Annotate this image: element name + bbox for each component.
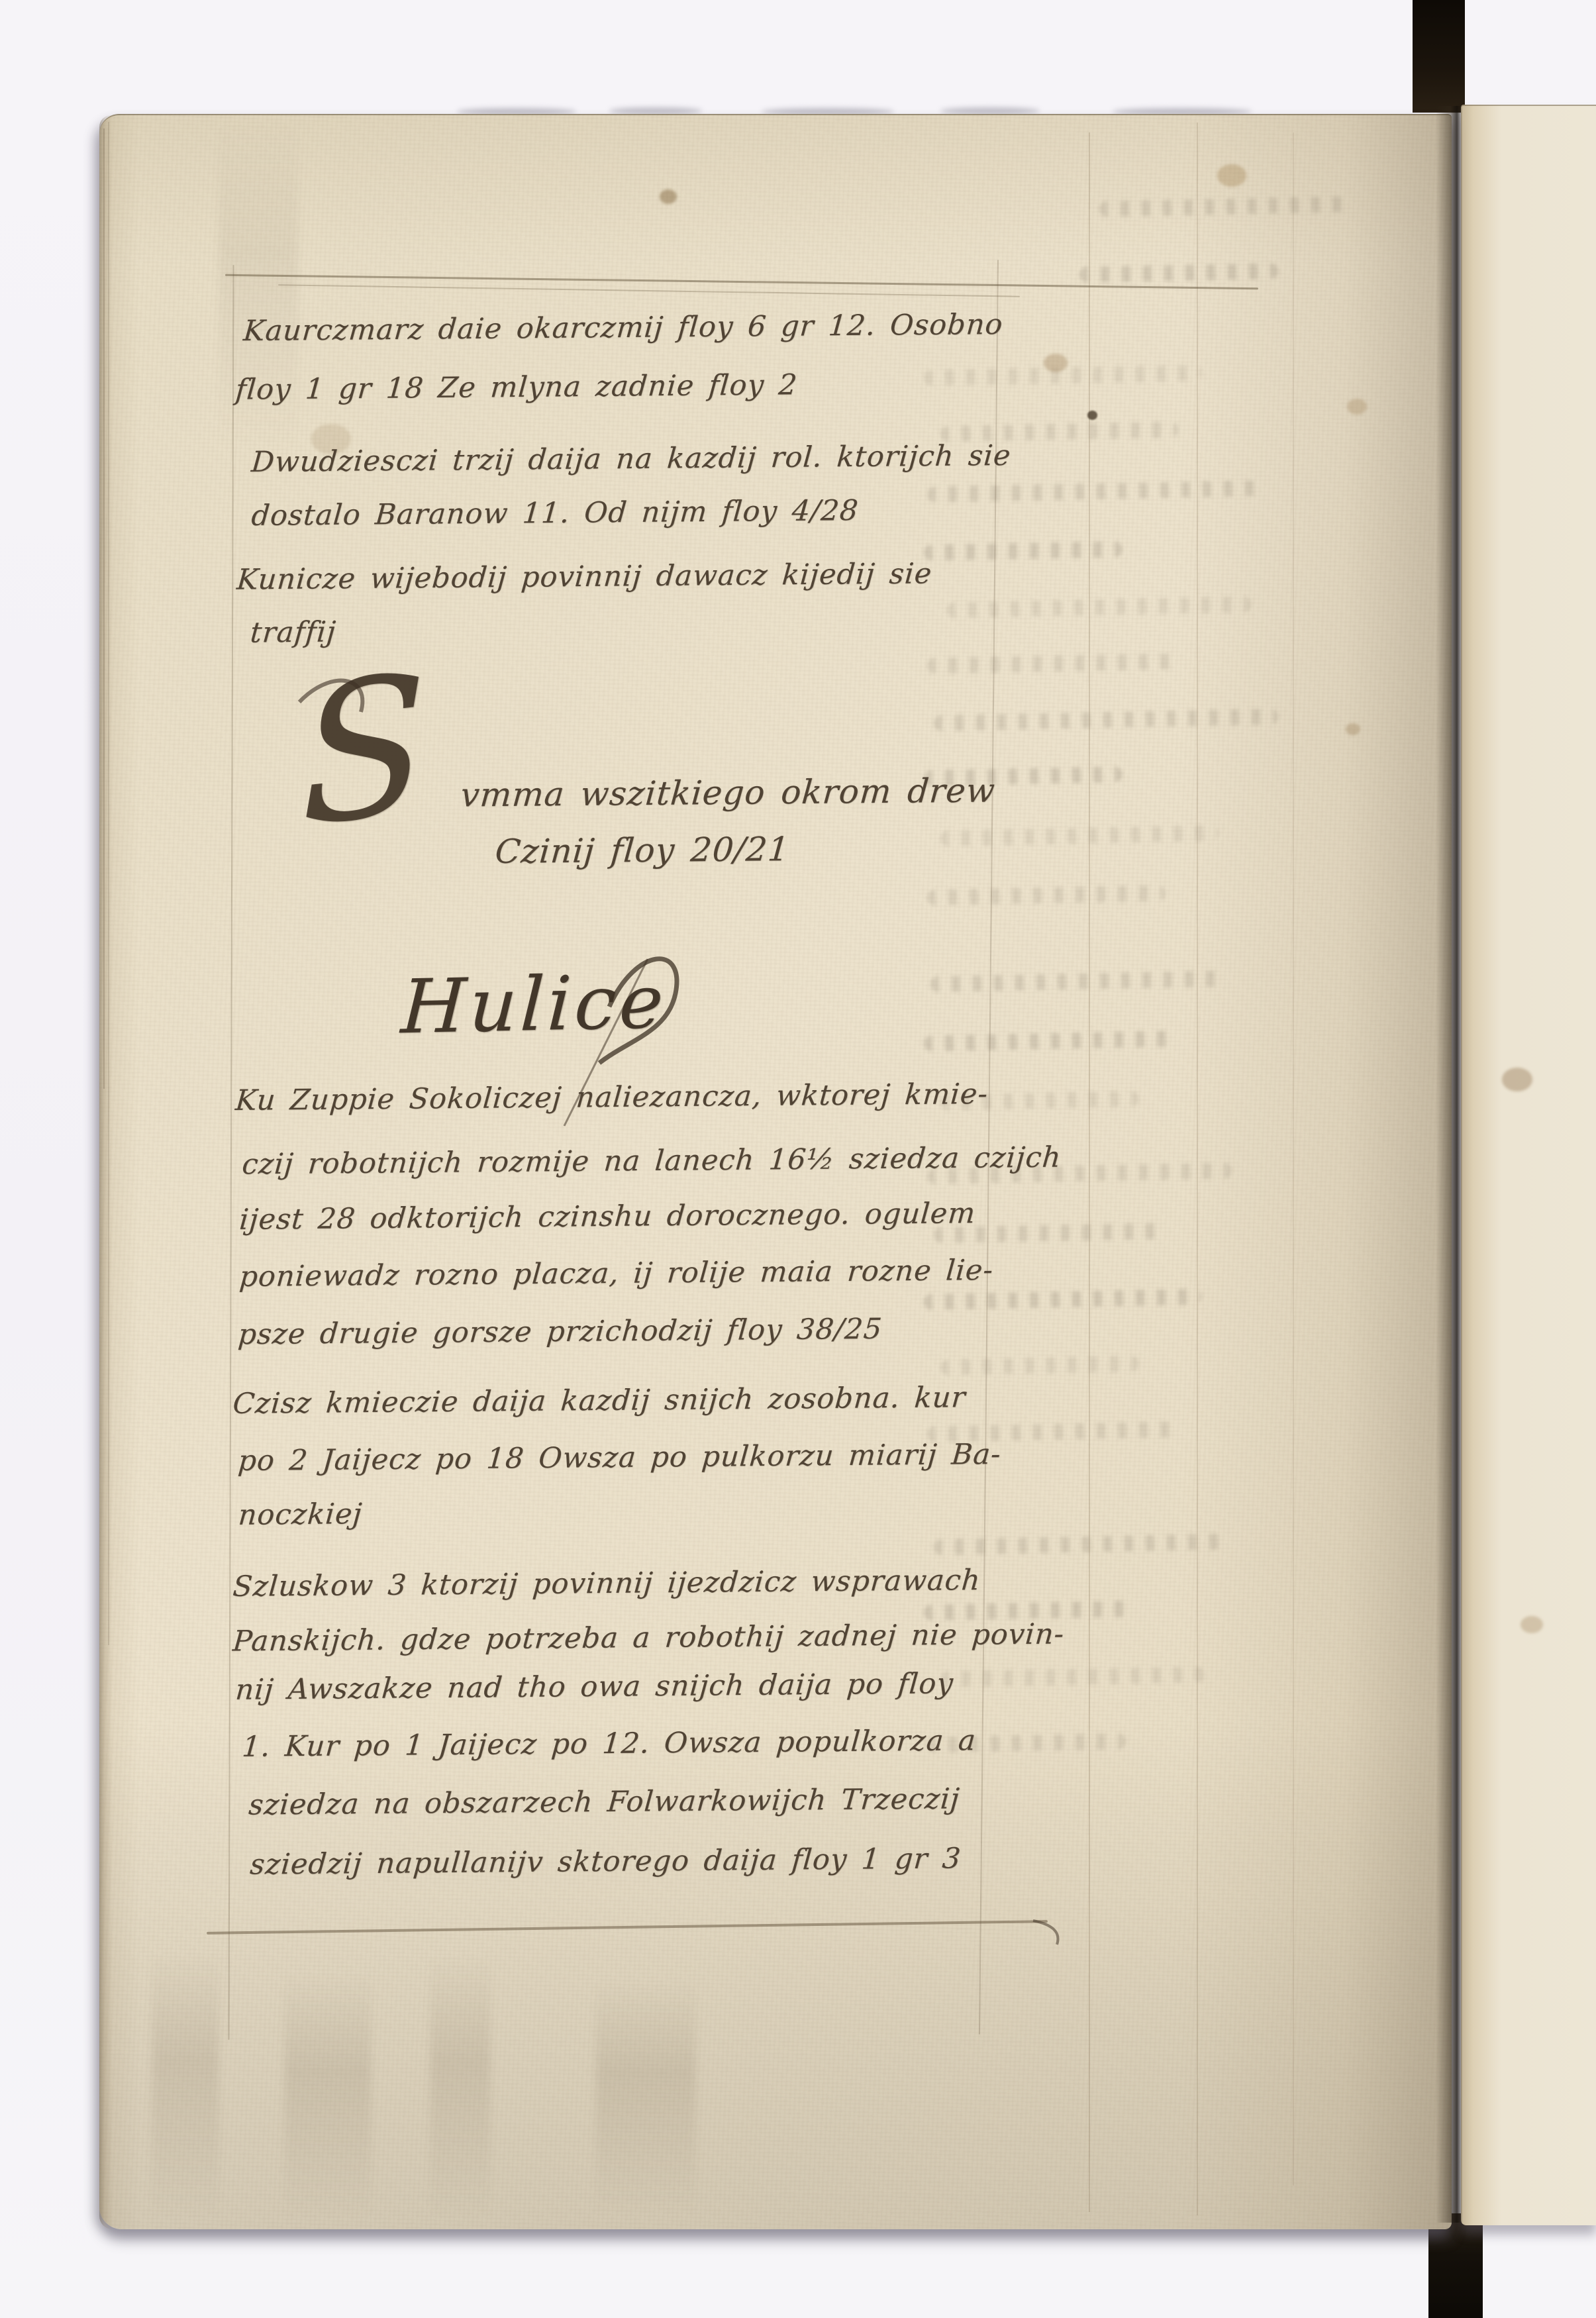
text-line: Dwudziesczi trzij daija na kazdij rol. k… <box>250 439 1013 479</box>
stain-spot <box>1044 354 1068 372</box>
text-line: dostalo Baranow 11. Od nijm floy 4/28 <box>250 494 860 532</box>
text-line: psze drugie gorsze przichodzij floy 38/2… <box>237 1313 884 1351</box>
stain-spot <box>1217 164 1246 187</box>
paper-streak <box>285 1974 371 2219</box>
summa-total-line: Czinij floy 20/21 <box>494 830 791 871</box>
text-line: Kunicze wijebodij povinnij dawacz kijedi… <box>236 557 934 596</box>
bookmark-ribbon-top <box>1413 0 1465 113</box>
paper-streak <box>152 1954 219 2219</box>
text-line: Czisz kmieczie daija kazdij snijch zosob… <box>232 1381 968 1421</box>
stain-spot <box>1346 723 1360 735</box>
stain-spot <box>1347 399 1367 415</box>
ink-speck <box>1087 411 1097 420</box>
book-gutter <box>1436 106 1462 2223</box>
next-page-edge <box>1461 105 1596 2225</box>
text-line: sziedzij napullanijv sktorego daija floy… <box>249 1842 963 1881</box>
text-line: noczkiej <box>237 1497 364 1532</box>
summa-line: vmma wszitkiego okrom drew <box>459 771 997 814</box>
text-line: nij Awszakze nad tho owa snijch daija po… <box>234 1667 955 1706</box>
stain-spot <box>1521 1616 1543 1633</box>
paper-streak <box>430 1957 490 2219</box>
stacked-pages-line <box>108 122 109 1645</box>
text-line: sziedza na obszarzech Folwarkowijch Trze… <box>248 1782 962 1821</box>
text-line: Ku Zuppie Sokoliczej naliezancza, wktore… <box>234 1078 989 1117</box>
text-line: Szluskow 3 ktorzij povinnij ijezdzicz ws… <box>232 1564 982 1603</box>
page-fore-edge <box>99 115 113 2229</box>
paper-streak <box>596 1980 695 2212</box>
stain-spot <box>660 189 677 204</box>
summa-drop-cap: S <box>299 667 430 834</box>
section-heading: Hulice <box>399 959 669 1051</box>
text-line: traffij <box>249 615 337 649</box>
text-line: poniewadz rozno placza, ij rolije maia r… <box>238 1254 995 1293</box>
text-line: ijest 28 odktorijch czinshu dorocznego. … <box>238 1197 977 1236</box>
text-line: floy 1 gr 18 Ze mlyna zadnie floy 2 <box>234 368 799 406</box>
page-crease <box>1293 132 1294 2186</box>
text-line: 1. Kur po 1 Jaijecz po 12. Owsza populko… <box>241 1724 977 1764</box>
stacked-pages-line <box>103 128 105 1089</box>
text-line: Kaurczmarz daie okarczmij floy 6 gr 12. … <box>242 308 1005 348</box>
scanned-manuscript-spread: Kaurczmarz daie okarczmij floy 6 gr 12. … <box>0 0 1596 2318</box>
text-line: po 2 Jaijecz po 18 Owsza po pulkorzu mia… <box>237 1438 1003 1478</box>
stain-spot <box>1502 1068 1532 1091</box>
